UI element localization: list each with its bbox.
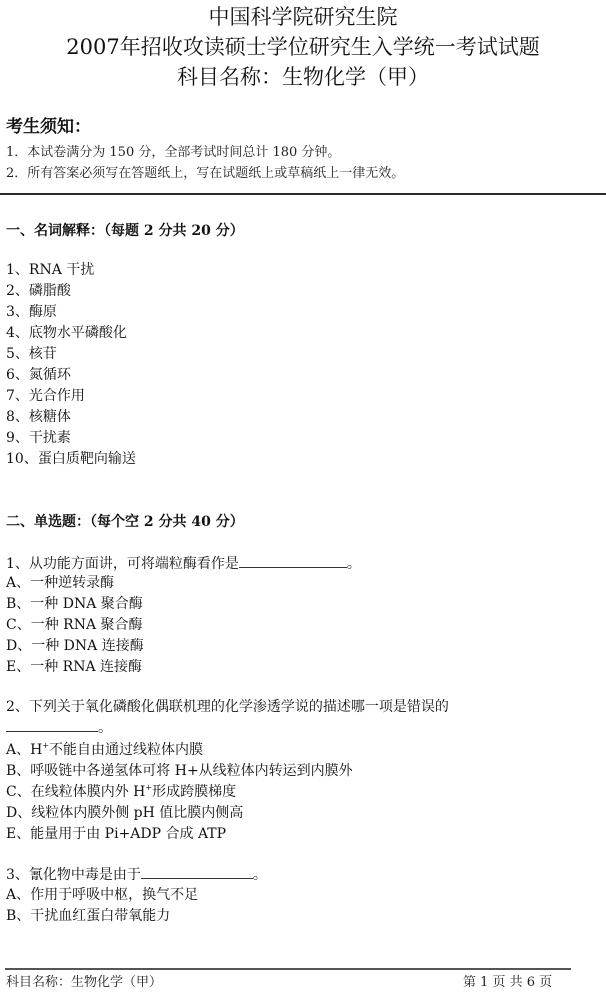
term-item: 8、核糖体 [6,407,71,428]
footer-divider [5,968,571,970]
option-item: B、干扰血红蛋白带氧能力 [6,906,170,927]
term-item: 3、酶原 [6,302,57,323]
subject-title: 科目名称：生物化学（甲） [0,64,606,90]
option-item: A、一种逆转录酶 [6,573,114,594]
option-item: E、能量用于由 Pi+ADP 合成 ATP [6,824,226,845]
institution-title: 中国科学院研究生院 [0,4,606,30]
option-text: 不能自由通过线粒体内膜 [49,742,203,758]
footer-page-number: 第 1 页 共 6 页 [463,974,552,992]
term-item: 1、RNA 干扰 [6,260,94,281]
question-2-blank-line: 。 [6,717,112,739]
option-item: A、H+不能自由通过线粒体内膜 [6,740,203,761]
option-item: D、一种 DNA 连接酶 [6,636,144,657]
term-item: 9、干扰素 [6,428,71,449]
question-1-stem: 1、从功能方面讲，可将端粒酶看作是。 [6,553,361,575]
option-item: C、一种 RNA 聚合酶 [6,615,143,636]
notice-item: 2．所有答案必须写在答题纸上，写在试题纸上或草稿纸上一律无效。 [6,165,404,183]
answer-blank [141,864,253,879]
section2-heading: 二、单选题：（每个空 2 分共 40 分） [6,512,244,532]
option-item: D、线粒体内膜外侧 pH 值比膜内侧高 [6,803,243,824]
term-item: 6、氮循环 [6,365,71,386]
option-item: C、在线粒体膜内外 H+形成跨膜梯度 [6,782,236,803]
option-item: B、一种 DNA 聚合酶 [6,594,143,615]
notice-heading: 考生须知： [6,116,91,138]
answer-blank [6,717,98,732]
header-divider [0,193,606,195]
option-item: B、呼吸链中各递氢体可将 H+从线粒体内转运到内膜外 [6,761,353,782]
question-stem-text: 3、氰化物中毒是由于 [6,867,141,883]
question-end: 。 [253,867,267,883]
answer-blank [239,553,347,568]
term-item: 4、底物水平磷酸化 [6,323,127,344]
exam-title: 2007年招收攻读硕士学位研究生入学统一考试试题 [0,34,606,60]
term-item: 5、核苷 [6,344,57,365]
question-2-stem: 2、下列关于氧化磷酸化偶联机理的化学渗透学说的描述哪一项是错误的 [6,697,449,718]
option-item: A、作用于呼吸中枢，换气不足 [6,885,198,906]
option-text: 形成跨膜梯度 [152,784,236,800]
question-end: 。 [347,556,361,572]
term-item: 2、磷脂酸 [6,281,71,302]
term-item: 7、光合作用 [6,386,85,407]
question-stem-text: 1、从功能方面讲，可将端粒酶看作是 [6,556,239,572]
section1-heading: 一、名词解释：（每题 2 分共 20 分） [6,221,244,241]
option-text: A、H [6,742,42,758]
term-item: 10、蛋白质靶向输送 [6,449,136,470]
question-3-stem: 3、氰化物中毒是由于。 [6,864,267,886]
footer-subject: 科目名称：生物化学（甲） [6,974,162,992]
option-item: E、一种 RNA 连接酶 [6,657,142,678]
notice-item: 1．本试卷满分为 150 分，全部考试时间总计 180 分钟。 [6,144,340,162]
option-text: C、在线粒体膜内外 H [6,784,145,800]
question-end: 。 [98,720,112,736]
